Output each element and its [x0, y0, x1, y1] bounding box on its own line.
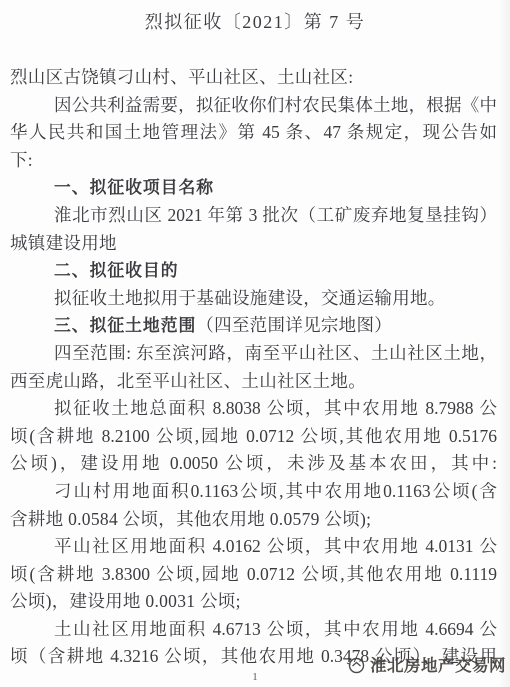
- preamble-line-2: 华人民共和国土地管理法》第 45 条、47 条规定，现公告如: [10, 119, 497, 147]
- scope-line-1: 四至范围: 东至滨河路，南至平山社区、土山社区土地，: [10, 340, 497, 368]
- site-logo-icon: [346, 654, 367, 675]
- tushan-line-1: 土山社区用地面积 4.6713 公顷，其中农用地 4.6694 公: [10, 616, 497, 644]
- scope-line-2: 西至虎山路，北至平山社区、土山社区土地。: [10, 368, 497, 396]
- section3-heading-note: （四至范围详见宗地图）: [196, 315, 392, 335]
- total-area-line-3: 公顷)，建设用地 0.0050 公顷，未涉及基本农田，其中:: [10, 450, 497, 478]
- section1-heading: 一、拟征收项目名称: [10, 174, 497, 202]
- site-watermark: 淮北房地产交易网: [346, 652, 506, 676]
- total-area-line-1: 拟征收土地总面积 8.8038 公顷，其中农用地 8.7988 公: [10, 395, 497, 423]
- section3-heading-bold: 三、拟征土地范围: [54, 315, 196, 335]
- total-area-line-2: 顷(含耕地 8.2100 公顷,园地 0.0712 公顷,其他农用地 0.517…: [10, 423, 497, 451]
- section2-line-1: 拟征收土地拟用于基础设施建设，交通运输用地。: [10, 285, 497, 313]
- notice-body: 烈山区古饶镇刁山村、平山社区、土山社区: 因公共利益需要，拟征收你们村农民集体土…: [10, 64, 497, 671]
- doc-number: 烈拟征收〔2021〕第 7 号: [0, 8, 510, 34]
- preamble-line-1: 因公共利益需要，拟征收你们村农民集体土地，根据《中: [10, 92, 497, 120]
- site-name: 淮北房地产交易网: [370, 652, 506, 676]
- section2-heading: 二、拟征收目的: [10, 257, 497, 285]
- diaoshan-line-2: 含耕地 0.0584 公顷，其他农用地 0.0579 公顷);: [10, 506, 497, 534]
- pingshan-line-1: 平山社区用地面积 4.0162 公顷，其中农用地 4.0131 公: [10, 533, 497, 561]
- addressee-line: 烈山区古饶镇刁山村、平山社区、土山社区:: [10, 64, 497, 92]
- pingshan-line-3: 公顷)，建设用地 0.0031 公顷;: [10, 588, 497, 616]
- scanned-notice-page: 烈拟征收〔2021〕第 7 号 烈山区古饶镇刁山村、平山社区、土山社区: 因公共…: [0, 0, 510, 687]
- section3-heading: 三、拟征土地范围（四至范围详见宗地图）: [10, 312, 497, 340]
- section1-line-2: 城镇建设用地: [10, 230, 497, 258]
- pingshan-line-2: 顷(含耕地 3.8300 公顷,园地 0.0712 公顷,其他农用地 0.111…: [10, 561, 497, 589]
- section1-line-1: 淮北市烈山区 2021 年第 3 批次（工矿废弃地复垦挂钩）: [10, 202, 497, 230]
- diaoshan-line-1: 刁山村用地面积0.1163公顷,其中农用地0.1163公顷(含: [10, 478, 497, 506]
- preamble-line-3: 下:: [10, 147, 497, 175]
